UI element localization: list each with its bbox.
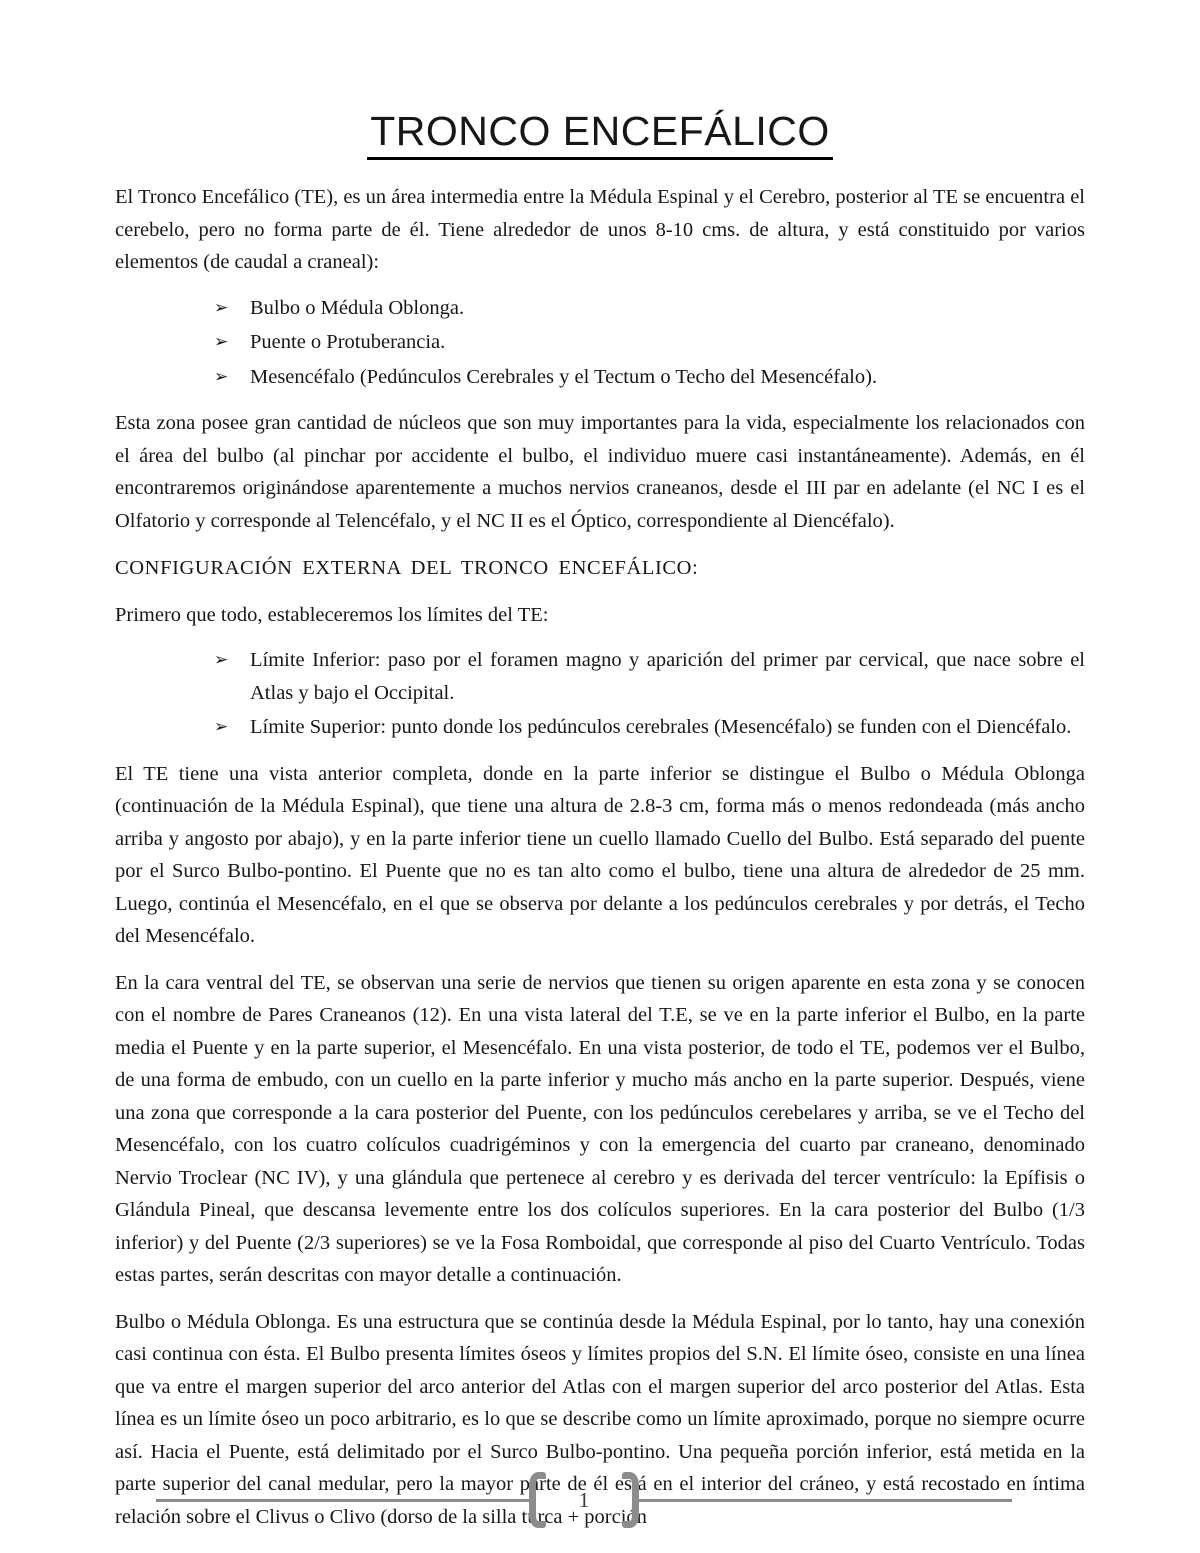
arrow-bullet-icon: ➢ bbox=[214, 326, 250, 359]
footer-rule-right bbox=[639, 1499, 1012, 1502]
list-item-text: Puente o Protuberancia. bbox=[250, 326, 1085, 359]
list-item-text: Mesencéfalo (Pedúnculos Cerebrales y el … bbox=[250, 361, 1085, 394]
page-title: TRONCO ENCEFÁLICO bbox=[115, 108, 1085, 155]
intro-paragraph: El Tronco Encefálico (TE), es un área in… bbox=[115, 181, 1085, 279]
list-item-text: Límite Superior: punto donde los pedúncu… bbox=[250, 711, 1085, 744]
page-title-text: TRONCO ENCEFÁLICO bbox=[367, 108, 833, 160]
list-item: ➢ Bulbo o Médula Oblonga. bbox=[115, 292, 1085, 325]
list-item: ➢ Límite Inferior: paso por el foramen m… bbox=[115, 644, 1085, 709]
list-item: ➢ Puente o Protuberancia. bbox=[115, 326, 1085, 359]
list-item-text: Límite Inferior: paso por el foramen mag… bbox=[250, 644, 1085, 709]
footer-rule-left bbox=[156, 1499, 529, 1502]
list-item: ➢ Límite Superior: punto donde los pedún… bbox=[115, 711, 1085, 744]
page-footer: 1 bbox=[156, 1468, 1012, 1532]
list-item-text: Bulbo o Médula Oblonga. bbox=[250, 292, 1085, 325]
anterior-view-paragraph: El TE tiene una vista anterior completa,… bbox=[115, 758, 1085, 953]
footer-left-bracket-icon bbox=[529, 1472, 546, 1528]
document-page: TRONCO ENCEFÁLICO El Tronco Encefálico (… bbox=[0, 0, 1200, 1553]
limits-list: ➢ Límite Inferior: paso por el foramen m… bbox=[115, 644, 1085, 744]
list-item: ➢ Mesencéfalo (Pedúnculos Cerebrales y e… bbox=[115, 361, 1085, 394]
arrow-bullet-icon: ➢ bbox=[214, 361, 250, 394]
limits-intro-paragraph: Primero que todo, estableceremos los lím… bbox=[115, 599, 1085, 632]
arrow-bullet-icon: ➢ bbox=[214, 711, 250, 744]
arrow-bullet-icon: ➢ bbox=[214, 292, 250, 325]
footer-right-bracket-icon bbox=[622, 1472, 639, 1528]
nuclei-paragraph: Esta zona posee gran cantidad de núcleos… bbox=[115, 407, 1085, 537]
elements-list: ➢ Bulbo o Médula Oblonga. ➢ Puente o Pro… bbox=[115, 292, 1085, 394]
ventral-view-paragraph: En la cara ventral del TE, se observan u… bbox=[115, 967, 1085, 1292]
section-heading: CONFIGURACIÓN EXTERNA DEL TRONCO ENCEFÁL… bbox=[115, 552, 1085, 585]
document-content: TRONCO ENCEFÁLICO El Tronco Encefálico (… bbox=[115, 108, 1085, 1533]
page-number: 1 bbox=[546, 1488, 622, 1513]
arrow-bullet-icon: ➢ bbox=[214, 644, 250, 709]
